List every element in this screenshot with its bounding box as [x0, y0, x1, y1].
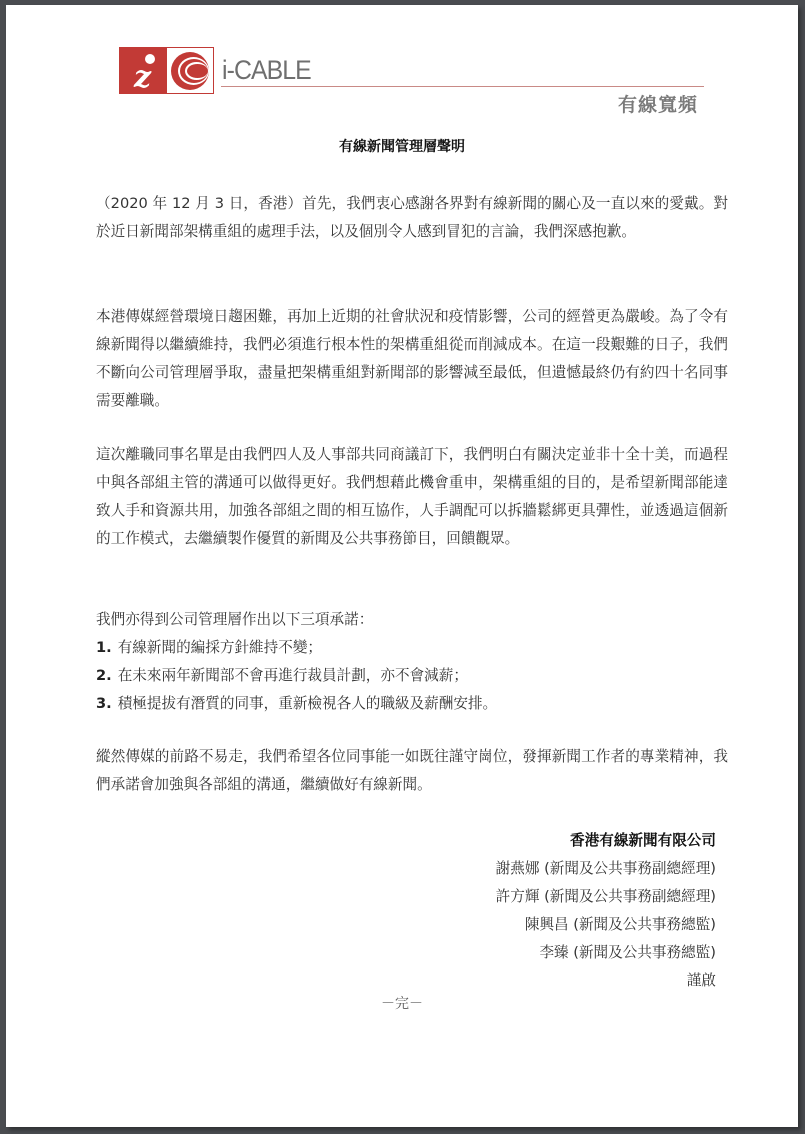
brand-name: i-CABLE [222, 55, 311, 86]
header-divider [221, 86, 704, 87]
company-name: 香港有線新聞有限公司 [496, 827, 716, 855]
commitment-item: 3.積極提拔有潛質的同事，重新檢視各人的職級及薪酬安排。 [96, 690, 728, 718]
paragraph-2: 本港傳媒經營環境日趨困難，再加上近期的社會狀況和疫情影響，公司的經營更為嚴峻。為… [96, 303, 728, 415]
signatory: 陳興昌 (新聞及公共事務總監) [496, 911, 716, 939]
commitments-intro: 我們亦得到公司管理層作出以下三項承諾： [96, 606, 728, 634]
commitment-item: 1.有線新聞的編採方針維持不變； [96, 634, 728, 662]
commitment-item: 2.在未來兩年新聞部不會再進行裁員計劃，亦不會減薪； [96, 662, 728, 690]
signatory: 謝燕娜 (新聞及公共事務副總經理) [496, 855, 716, 883]
signatory: 李臻 (新聞及公共事務總監) [496, 939, 716, 967]
brand-chinese-name: 有線寬頻 [618, 90, 698, 117]
paragraph-1: （2020 年 12 月 3 日，香港）首先，我們衷心感謝各界對有線新聞的關心及… [96, 190, 728, 246]
end-mark: －完－ [6, 993, 798, 1013]
signature-block: 香港有線新聞有限公司 謝燕娜 (新聞及公共事務副總經理) 許方輝 (新聞及公共事… [496, 827, 716, 995]
icable-logo: z [119, 47, 214, 94]
paragraph-3: 這次離職同事名單是由我們四人及人事部共同商議訂下，我們明白有關決定並非十全十美，… [96, 441, 728, 553]
commitments-section: 我們亦得到公司管理層作出以下三項承諾： 1.有線新聞的編採方針維持不變； 2.在… [96, 606, 728, 718]
closing-paragraph: 縱然傳媒的前路不易走，我們希望各位同事能一如既往謹守崗位，發揮新聞工作者的專業精… [96, 743, 728, 799]
document-page: z i-CABLE 有線寬頻 有線新聞管理層聲明 （2020 年 12 月 3 … [6, 5, 798, 1127]
sign-off: 謹啟 [496, 967, 716, 995]
logo-rings-icon [167, 48, 213, 93]
document-title: 有線新聞管理層聲明 [6, 136, 798, 156]
signatory: 許方輝 (新聞及公共事務副總經理) [496, 883, 716, 911]
logo-i-mark-icon: z [120, 48, 167, 93]
